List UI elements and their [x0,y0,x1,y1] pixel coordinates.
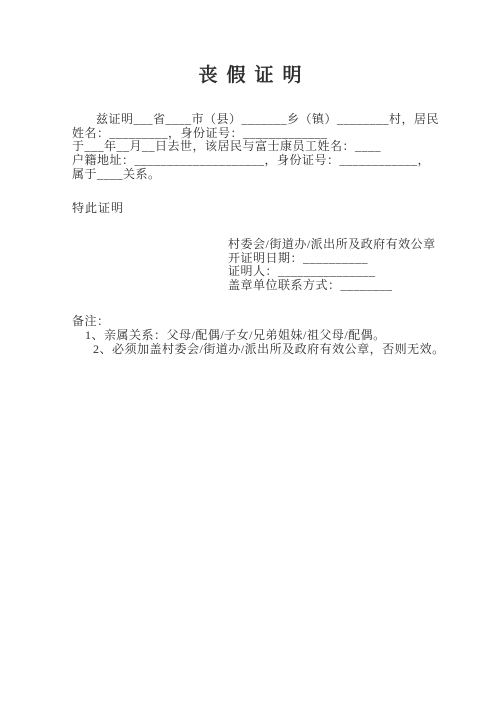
issue-date-line: 开证明日期：__________ [228,252,436,266]
signature-block: 村委会/街道办/派出所及政府有效公章 开证明日期：__________ 证明人：… [228,238,436,293]
certificate-body: 兹证明___省____市（县）_______乡（镇）________村，居民 姓… [72,113,434,182]
document-title: 丧假证明 [0,60,500,87]
body-line-relationship: 属于____关系。 [72,168,434,182]
remark-item-stamp-required: 2、必须加盖村委会/街道办/派出所及政府有效公章，否则无效。 [93,343,445,357]
body-line-address-id: 户籍地址：____________________，身份证号：_________… [72,154,434,168]
stamp-unit-contact-line: 盖章单位联系方式：________ [228,279,436,293]
body-line-location: 兹证明___省____市（县）_______乡（镇）________村，居民 [72,113,434,127]
certificate-document-page: 丧假证明 兹证明___省____市（县）_______乡（镇）________村… [0,0,500,707]
remarks-label: 备注： [72,315,445,329]
remark-item-relationships: 1、亲属关系：父母/配偶/子女/兄弟姐妹/祖父母/配偶。 [85,329,445,343]
closing-statement: 特此证明 [72,199,124,216]
official-stamp-line: 村委会/街道办/派出所及政府有效公章 [228,238,436,252]
remarks-section: 备注： 1、亲属关系：父母/配偶/子女/兄弟姐妹/祖父母/配偶。 2、必须加盖村… [72,315,445,356]
